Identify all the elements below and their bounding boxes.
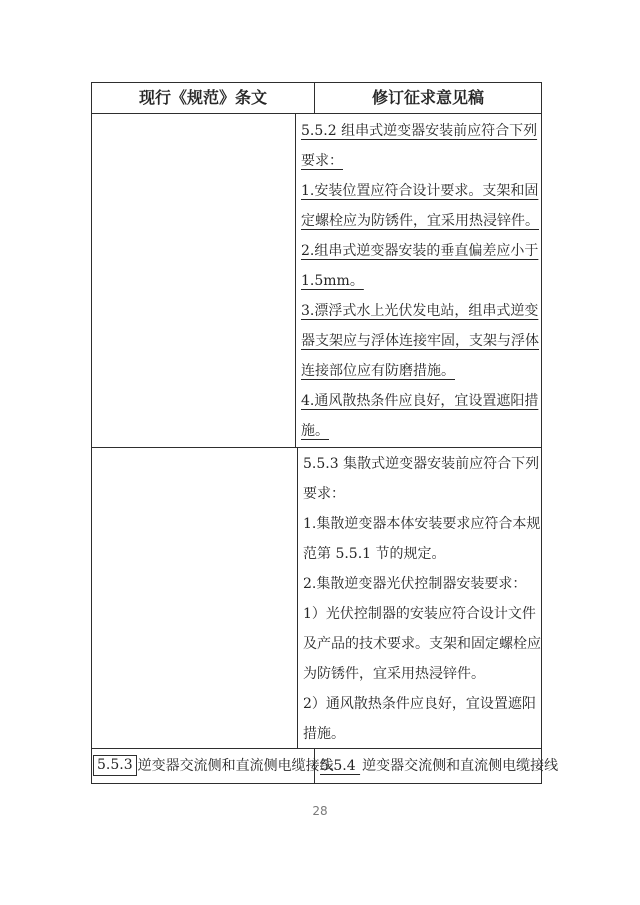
text-line: 2.组串式逆变器安装的垂直偏差应小于 bbox=[301, 236, 541, 266]
text-line: 器支架应与浮体连接牢固，支架与浮体 bbox=[301, 326, 541, 356]
text-segment: 措施。 bbox=[303, 726, 345, 742]
table-cell-left bbox=[92, 448, 298, 748]
underlined-text-segment: 3.漂浮式水上光伏发电站，组串式逆变 bbox=[301, 303, 540, 319]
text-line: 施。 bbox=[301, 416, 541, 446]
text-line: 1.集散逆变器本体安装要求应符合本规 bbox=[303, 509, 541, 539]
underlined-text-segment: 5.5.4 bbox=[320, 758, 362, 774]
text-line: 5.5.3 集散式逆变器安装前应符合下列 bbox=[303, 449, 541, 479]
table-cell-right: 5.5.3 集散式逆变器安装前应符合下列要求：1.集散逆变器本体安装要求应符合本… bbox=[298, 448, 541, 748]
text-line: 5.5.4 逆变器交流侧和直流侧电缆接线 bbox=[320, 751, 558, 781]
comparison-table: 现行《规范》条文 修订征求意见稿 5.5.2 组串式逆变器安装前应符合下列要求：… bbox=[91, 82, 542, 784]
underlined-text-segment: 2.组串式逆变器安装的垂直偏差应小于 bbox=[301, 243, 540, 259]
text-segment: 1）光伏控制器的安装应符合设计文件 bbox=[303, 606, 536, 622]
table-cell-left: 5.5.3逆变器交流侧和直流侧电缆接线 bbox=[92, 749, 315, 783]
text-line: 2）通风散热条件应良好，宜设置遮阳 bbox=[303, 689, 541, 719]
table-row: 5.5.3逆变器交流侧和直流侧电缆接线5.5.4 逆变器交流侧和直流侧电缆接线 bbox=[92, 748, 541, 783]
text-line: 3.漂浮式水上光伏发电站，组串式逆变 bbox=[301, 296, 541, 326]
underlined-text-segment: 1.安装位置应符合设计要求。支架和固 bbox=[301, 183, 540, 199]
text-line: 1）光伏控制器的安装应符合设计文件 bbox=[303, 599, 541, 629]
text-segment: 逆变器交流侧和直流侧电缆接线 bbox=[362, 758, 558, 774]
page-number: 28 bbox=[0, 804, 640, 818]
text-line: 5.5.2 组串式逆变器安装前应符合下列 bbox=[301, 116, 541, 146]
text-line: 及产品的技术要求。支架和固定螺栓应 bbox=[303, 629, 541, 659]
text-line: 连接部位应有防磨措施。 bbox=[301, 356, 541, 386]
text-line: 4.通风散热条件应良好，宜设置遮阳措 bbox=[301, 386, 541, 416]
text-line: 2.集散逆变器光伏控制器安装要求： bbox=[303, 569, 541, 599]
underlined-text-segment: 连接部位应有防磨措施。 bbox=[301, 363, 457, 379]
text-segment: 要求： bbox=[303, 486, 345, 502]
text-segment: 为防锈件，宜采用热浸锌件。 bbox=[303, 666, 485, 682]
text-line: 要求： bbox=[301, 146, 541, 176]
text-line: 定螺栓应为防锈件，宜采用热浸锌件。 bbox=[301, 206, 541, 236]
boxed-clause-number: 5.5.3 bbox=[93, 755, 137, 776]
text-line: 5.5.3逆变器交流侧和直流侧电缆接线 bbox=[93, 751, 314, 781]
text-segment: 1.集散逆变器本体安装要求应符合本规 bbox=[303, 516, 540, 532]
table-cell-right: 5.5.4 逆变器交流侧和直流侧电缆接线 bbox=[315, 749, 558, 783]
underlined-text-segment: 施。 bbox=[301, 423, 331, 439]
table-cell-right: 5.5.2 组串式逆变器安装前应符合下列要求：1.安装位置应符合设计要求。支架和… bbox=[296, 114, 541, 447]
text-segment: 逆变器交流侧和直流侧电缆接线 bbox=[138, 758, 334, 774]
table-cell-left bbox=[92, 114, 296, 447]
text-line: 范第 5.5.1 节的规定。 bbox=[303, 539, 541, 569]
column-header-revision-draft: 修订征求意见稿 bbox=[315, 83, 541, 113]
table-row: 5.5.3 集散式逆变器安装前应符合下列要求：1.集散逆变器本体安装要求应符合本… bbox=[92, 447, 541, 748]
text-segment: 2）通风散热条件应良好，宜设置遮阳 bbox=[303, 696, 536, 712]
underlined-text-segment: 1.5mm。 bbox=[301, 273, 366, 289]
underlined-text-segment: 器支架应与浮体连接牢固，支架与浮体 bbox=[301, 333, 541, 349]
text-line: 要求： bbox=[303, 479, 541, 509]
underlined-text-segment: 定螺栓应为防锈件，宜采用热浸锌件。 bbox=[301, 213, 541, 229]
table-row: 5.5.2 组串式逆变器安装前应符合下列要求：1.安装位置应符合设计要求。支架和… bbox=[92, 114, 541, 447]
text-line: 为防锈件，宜采用热浸锌件。 bbox=[303, 659, 541, 689]
column-header-current-spec: 现行《规范》条文 bbox=[92, 83, 315, 113]
text-line: 1.5mm。 bbox=[301, 266, 541, 296]
underlined-text-segment: 5.5.2 组串式逆变器安装前应符合下列 bbox=[301, 123, 539, 139]
underlined-text-segment: 4.通风散热条件应良好，宜设置遮阳措 bbox=[301, 393, 540, 409]
table-header-row: 现行《规范》条文 修订征求意见稿 bbox=[92, 83, 541, 114]
text-segment: 范第 5.5.1 节的规定。 bbox=[303, 546, 446, 562]
text-segment: 及产品的技术要求。支架和固定螺栓应 bbox=[303, 636, 541, 652]
text-segment: 2.集散逆变器光伏控制器安装要求： bbox=[303, 576, 526, 592]
comparison-table-body: 5.5.2 组串式逆变器安装前应符合下列要求：1.安装位置应符合设计要求。支架和… bbox=[92, 114, 541, 783]
text-segment: 5.5.3 集散式逆变器安装前应符合下列 bbox=[303, 456, 539, 472]
underlined-text-segment: 要求： bbox=[301, 153, 345, 169]
text-line: 1.安装位置应符合设计要求。支架和固 bbox=[301, 176, 541, 206]
text-line: 措施。 bbox=[303, 719, 541, 749]
